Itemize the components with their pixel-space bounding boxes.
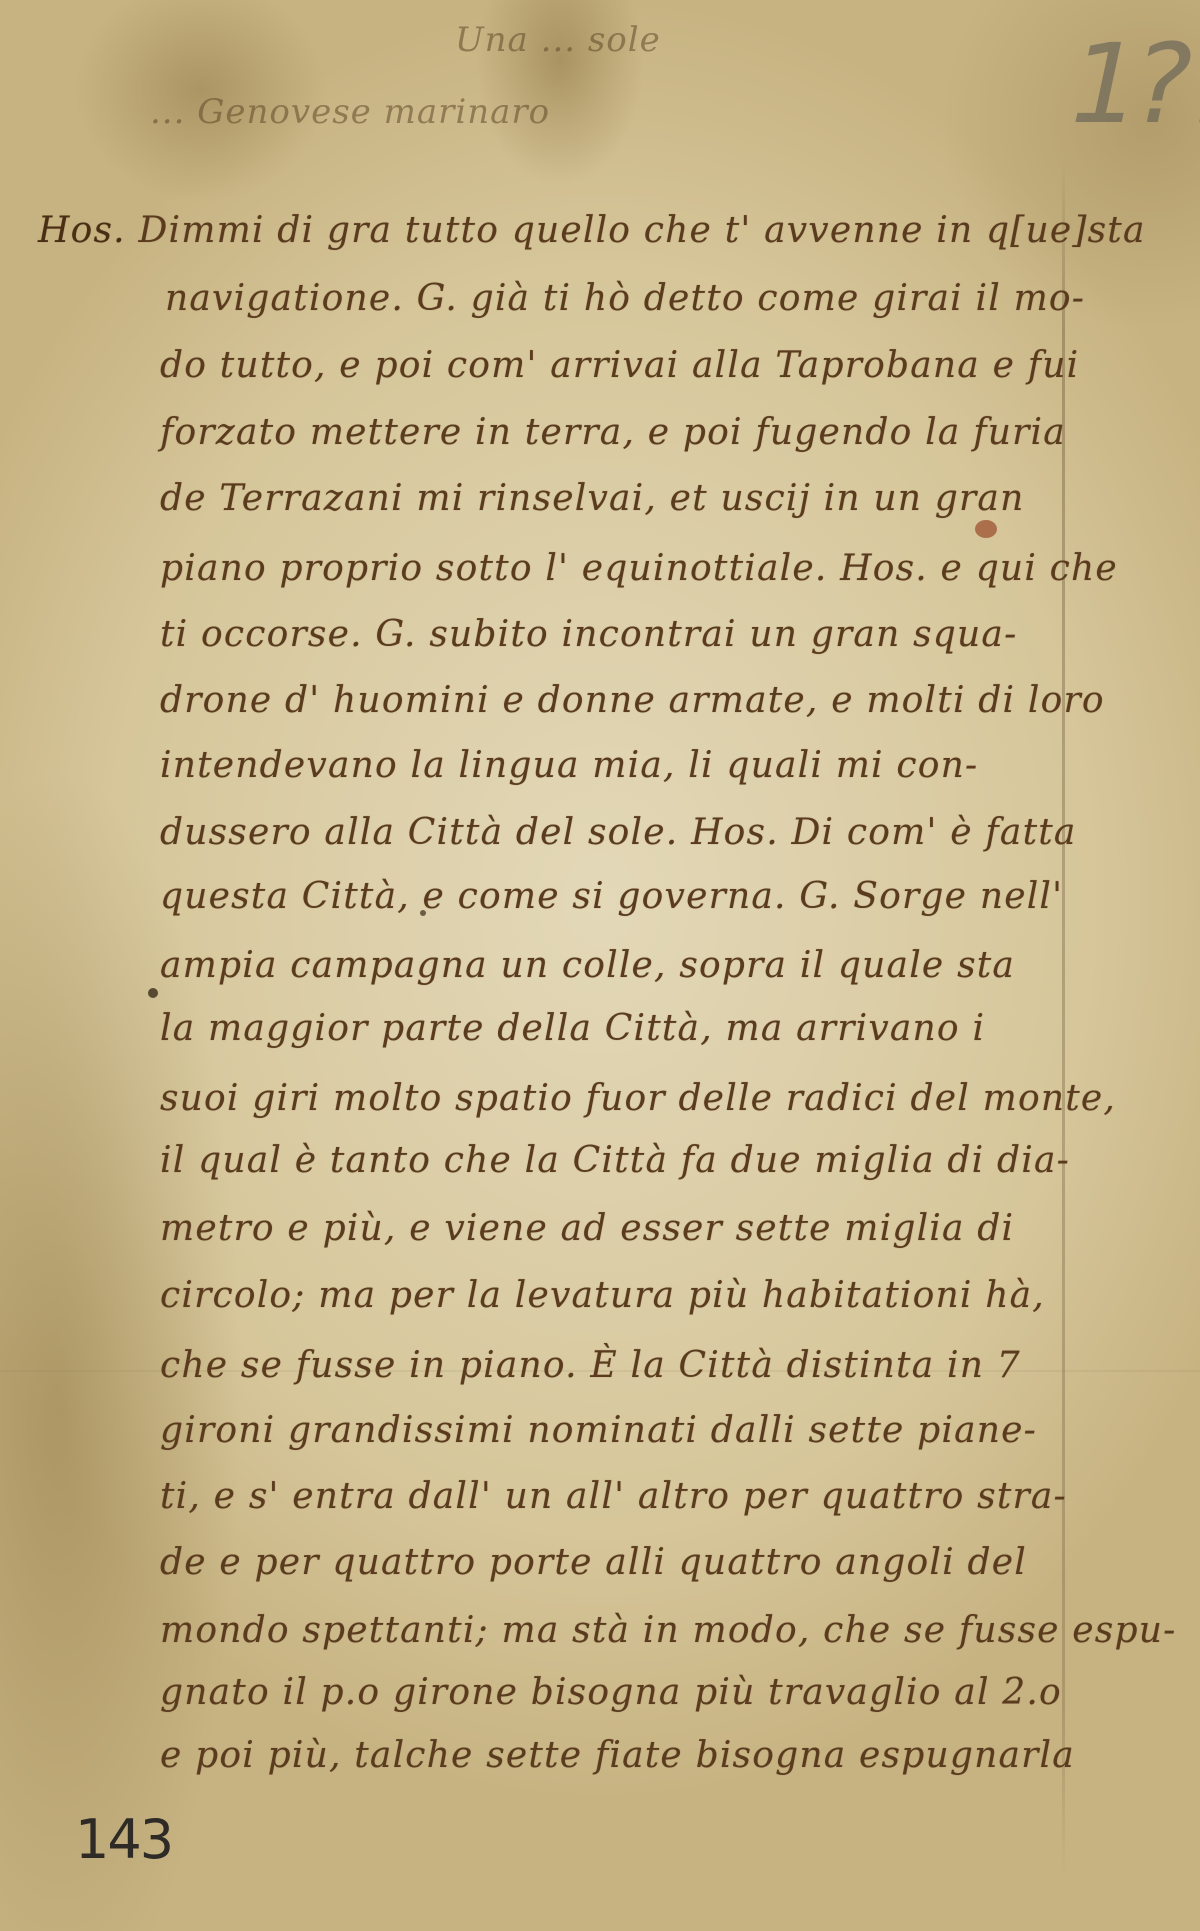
text-line: che se fusse in piano. È la Città distin… [160,1345,1021,1386]
text-line: suoi giri molto spatio fuor delle radici… [160,1078,1116,1119]
line-text: circolo; ma per la levatura più habitati… [160,1275,1045,1316]
text-line: gnato il p.o girone bisogna più travagli… [160,1672,1062,1713]
heading-top: Una ... sole [455,20,661,60]
line-text: ti, e s' entra dall' un all' altro per q… [160,1476,1067,1517]
ink-stain [975,520,997,538]
line-text: piano proprio sotto l' equinottiale. Hos… [160,548,1118,589]
text-line: il qual è tanto che la Città fa due migl… [160,1140,1070,1181]
line-text: dussero alla Città del sole. Hos. Di com… [160,812,1077,853]
line-text: suoi giri molto spatio fuor delle radici… [160,1078,1116,1119]
heading-subtitle: ... Genovese marinaro [150,92,550,132]
folio-number: 1?? [1056,20,1200,148]
text-line: e poi più, talche sette fiate bisogna es… [160,1735,1075,1776]
text-line: ti occorse. G. subito incontrai un gran … [160,614,1017,655]
ink-stain [148,988,158,998]
line-text: de Terrazani mi rinselvai, et uscij in u… [160,478,1024,519]
line-text: che se fusse in piano. È la Città distin… [160,1345,1021,1386]
text-line: forzato mettere in terra, e poi fugendo … [160,412,1066,453]
line-text: la maggior parte della Città, ma arrivan… [160,1008,985,1049]
line-text: de e per quattro porte alli quattro ango… [160,1542,1027,1583]
text-line: do tutto, e poi com' arrivai alla Taprob… [160,345,1079,386]
line-text: do tutto, e poi com' arrivai alla Taprob… [160,345,1079,386]
line-text: ti occorse. G. subito incontrai un gran … [160,614,1017,655]
text-line: piano proprio sotto l' equinottiale. Hos… [160,548,1118,589]
line-text: drone d' huomini e donne armate, e molti… [160,680,1105,721]
line-text: forzato mettere in terra, e poi fugendo … [160,412,1066,453]
text-line: ampia campagna un colle, sopra il quale … [160,945,1015,986]
speaker-label: Hos. [38,210,126,251]
page-number: 143 [75,1808,172,1871]
line-text: il qual è tanto che la Città fa due migl… [160,1140,1070,1181]
text-line: metro e più, e viene ad esser sette migl… [160,1208,1014,1249]
line-text: questa Città, e come si governa. G. Sorg… [160,876,1063,917]
text-line: de e per quattro porte alli quattro ango… [160,1542,1027,1583]
text-line: circolo; ma per la levatura più habitati… [160,1275,1045,1316]
line-text: gnato il p.o girone bisogna più travagli… [160,1672,1062,1713]
line-text: metro e più, e viene ad esser sette migl… [160,1208,1014,1249]
line-text: Dimmi di gra tutto quello che t' avvenne… [138,210,1145,251]
text-line: drone d' huomini e donne armate, e molti… [160,680,1105,721]
text-line: Hos. Dimmi di gra tutto quello che t' av… [38,210,1146,251]
line-text: navigatione. G. già ti hò detto come gir… [165,278,1085,319]
line-text: ampia campagna un colle, sopra il quale … [160,945,1015,986]
text-line: intendevano la lingua mia, li quali mi c… [160,745,978,786]
text-line: la maggior parte della Città, ma arrivan… [160,1008,985,1049]
line-text: mondo spettanti; ma stà in modo, che se … [160,1610,1176,1651]
text-line: dussero alla Città del sole. Hos. Di com… [160,812,1077,853]
line-text: e poi più, talche sette fiate bisogna es… [160,1735,1075,1776]
text-line: questa Città, e come si governa. G. Sorg… [160,876,1063,917]
line-text: gironi grandissimi nominati dalli sette … [160,1410,1037,1451]
line-text: intendevano la lingua mia, li quali mi c… [160,745,978,786]
text-line: gironi grandissimi nominati dalli sette … [160,1410,1037,1451]
text-line: ti, e s' entra dall' un all' altro per q… [160,1476,1067,1517]
text-line: de Terrazani mi rinselvai, et uscij in u… [160,478,1024,519]
text-line: navigatione. G. già ti hò detto come gir… [165,278,1085,319]
text-line: mondo spettanti; ma stà in modo, che se … [160,1610,1176,1651]
